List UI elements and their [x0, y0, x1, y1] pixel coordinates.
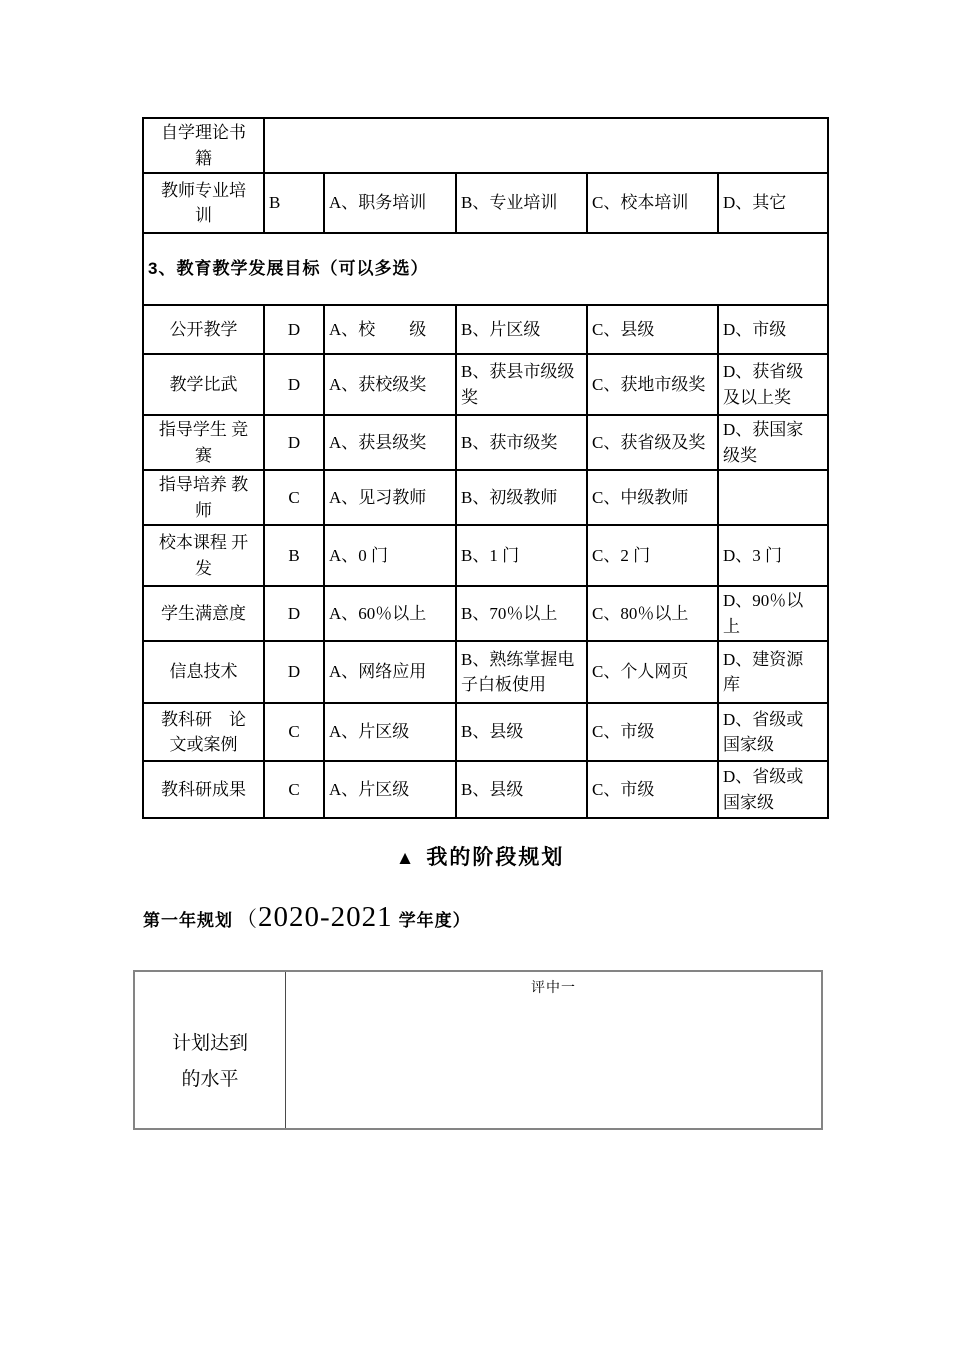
option-cell: D、市级 [718, 305, 828, 354]
plan-level-cell-text: 评中一 [286, 972, 821, 997]
table-row: 教师专业培 训BA、职务培训B、专业培训C、校本培训D、其它 [143, 173, 828, 233]
option-cell: D、90％以 上 [718, 586, 828, 641]
option-cell: A、见习教师 [324, 470, 456, 525]
option-cell: B、1 门 [456, 525, 587, 586]
row-label-cell: 公开教学 [143, 305, 264, 354]
option-cell: D、建资源 库 [718, 641, 828, 703]
option-cell: B、片区级 [456, 305, 587, 354]
option-cell: C、市级 [587, 703, 718, 761]
table-row: 指导培养 教 师CA、见习教师B、初级教师C、中级教师 [143, 470, 828, 525]
option-cell: B、县级 [456, 703, 587, 761]
empty-answer-area [264, 118, 828, 173]
table-row: 教科研成果CA、片区级B、县级C、市级D、省级或 国家级 [143, 761, 828, 818]
stage-plan-heading: ▲我的阶段规划 [0, 841, 960, 871]
option-cell: A、片区级 [324, 761, 456, 818]
document-page: 自学理论书 籍教师专业培 训BA、职务培训B、专业培训C、校本培训D、其它3、教… [0, 0, 960, 1357]
answer-letter-cell: D [264, 305, 324, 354]
option-cell: C、市级 [587, 761, 718, 818]
stage-plan-heading-text: 我的阶段规划 [426, 846, 564, 869]
table-row: 信息技术DA、网络应用B、熟练掌握电 子白板使用C、个人网页D、建资源 库 [143, 641, 828, 703]
answer-letter-cell: B [264, 525, 324, 586]
option-cell [718, 470, 828, 525]
option-cell: C、获省级及奖 [587, 415, 718, 470]
row-label-cell: 信息技术 [143, 641, 264, 703]
answer-letter-cell: D [264, 354, 324, 415]
option-cell: C、个人网页 [587, 641, 718, 703]
option-cell: A、0 门 [324, 525, 456, 586]
table-row: 学生满意度DA、60％以上B、70％以上C、80％以上D、90％以 上 [143, 586, 828, 641]
row-label-cell: 指导学生 竞 赛 [143, 415, 264, 470]
development-goals-table: 自学理论书 籍教师专业培 训BA、职务培训B、专业培训C、校本培训D、其它3、教… [142, 117, 829, 819]
option-cell: B、获县市级级 奖 [456, 354, 587, 415]
plan-row-label: 计划达到 的水平 [135, 972, 286, 1128]
row-label-cell: 自学理论书 籍 [143, 118, 264, 173]
option-cell: B、熟练掌握电 子白板使用 [456, 641, 587, 703]
answer-letter-cell: C [264, 761, 324, 818]
option-cell: A、职务培训 [324, 173, 456, 233]
option-cell: C、获地市级奖 [587, 354, 718, 415]
answer-letter-cell: D [264, 415, 324, 470]
table-row: 指导学生 竞 赛DA、获县级奖B、获市级奖C、获省级及奖D、获国家 级奖 [143, 415, 828, 470]
answer-letter-cell: D [264, 641, 324, 703]
option-cell: D、省级或 国家级 [718, 761, 828, 818]
answer-letter-cell: D [264, 586, 324, 641]
option-cell: C、校本培训 [587, 173, 718, 233]
first-year-plan-line: 第一年规划 （ 2020-2021 学年度） [143, 901, 471, 947]
option-cell: D、获省级 及以上奖 [718, 354, 828, 415]
option-cell: C、县级 [587, 305, 718, 354]
table-row: 3、教育教学发展目标（可以多选） [143, 233, 828, 305]
table-row: 自学理论书 籍 [143, 118, 828, 173]
option-cell: D、3 门 [718, 525, 828, 586]
row-label-cell: 指导培养 教 师 [143, 470, 264, 525]
plan-level-table: 计划达到 的水平 评中一 [133, 970, 823, 1130]
row-label-cell: 学生满意度 [143, 586, 264, 641]
row-label-cell: 校本课程 开 发 [143, 525, 264, 586]
table-row: 教科研 论 文或案例CA、片区级B、县级C、市级D、省级或 国家级 [143, 703, 828, 761]
option-cell: A、获县级奖 [324, 415, 456, 470]
table-row: 校本课程 开 发BA、0 门B、1 门C、2 门D、3 门 [143, 525, 828, 586]
option-cell: A、获校级奖 [324, 354, 456, 415]
triangle-icon: ▲ [396, 848, 417, 869]
table-row: 公开教学DA、校 级B、片区级C、县级D、市级 [143, 305, 828, 354]
option-cell: A、校 级 [324, 305, 456, 354]
option-cell: C、2 门 [587, 525, 718, 586]
option-cell: A、网络应用 [324, 641, 456, 703]
option-cell: B、县级 [456, 761, 587, 818]
open-paren: （ [236, 903, 258, 933]
option-cell: D、获国家 级奖 [718, 415, 828, 470]
answer-letter-cell: C [264, 703, 324, 761]
option-cell: C、80％以上 [587, 586, 718, 641]
row-label-cell: 教科研成果 [143, 761, 264, 818]
answer-letter-cell: B [264, 173, 324, 233]
plan-years: 2020-2021 [258, 901, 393, 934]
option-cell: B、获市级奖 [456, 415, 587, 470]
plan-label: 第一年规划 [143, 906, 233, 931]
option-cell: A、片区级 [324, 703, 456, 761]
option-cell: B、专业培训 [456, 173, 587, 233]
plan-suffix: 学年度） [399, 906, 471, 931]
answer-letter-cell: C [264, 470, 324, 525]
option-cell: D、省级或 国家级 [718, 703, 828, 761]
row-label-cell: 教科研 论 文或案例 [143, 703, 264, 761]
row-label-cell: 教学比武 [143, 354, 264, 415]
section-heading-cell: 3、教育教学发展目标（可以多选） [143, 233, 828, 305]
option-cell: B、初级教师 [456, 470, 587, 525]
plan-level-cell: 评中一 [286, 972, 821, 1128]
table-row: 教学比武DA、获校级奖B、获县市级级 奖C、获地市级奖D、获省级 及以上奖 [143, 354, 828, 415]
option-cell: C、中级教师 [587, 470, 718, 525]
survey-table-body: 自学理论书 籍教师专业培 训BA、职务培训B、专业培训C、校本培训D、其它3、教… [143, 118, 828, 818]
option-cell: A、60％以上 [324, 586, 456, 641]
row-label-cell: 教师专业培 训 [143, 173, 264, 233]
option-cell: B、70％以上 [456, 586, 587, 641]
option-cell: D、其它 [718, 173, 828, 233]
